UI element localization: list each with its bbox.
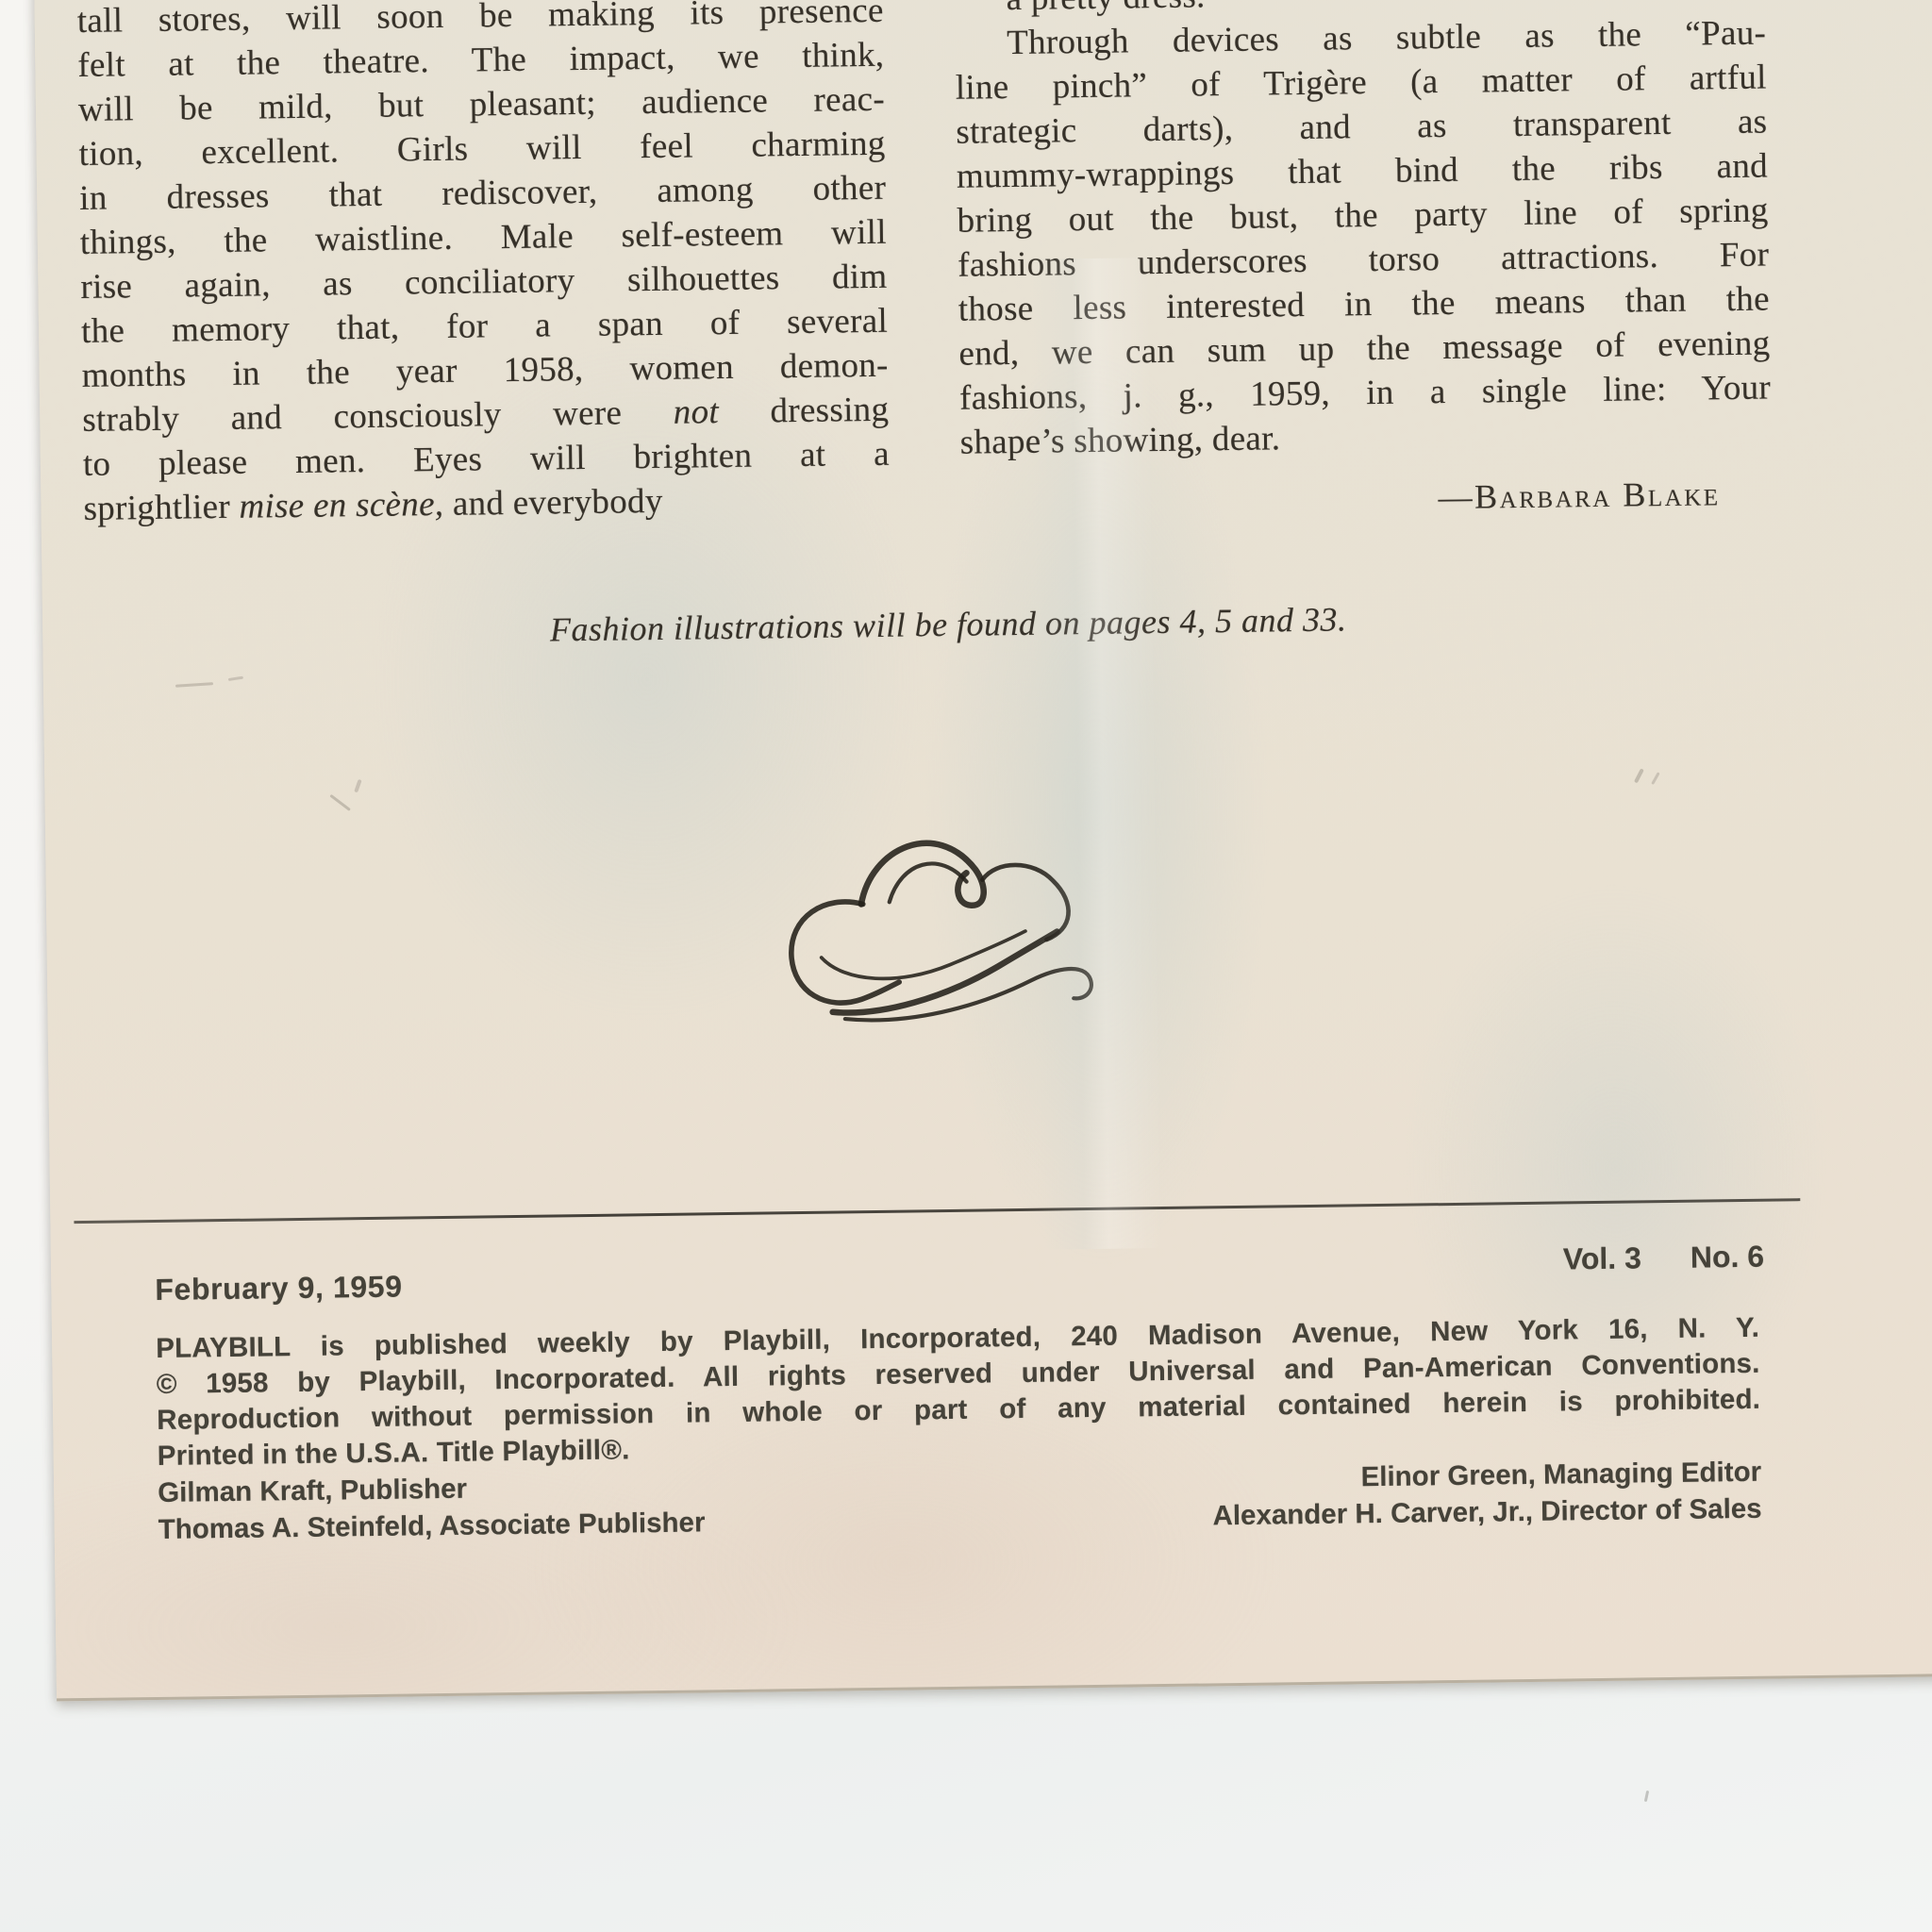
pencil-mark [175, 682, 213, 688]
pencil-mark [329, 794, 351, 811]
pencil-mark [1634, 768, 1644, 783]
photo-frame: tall stores, will soon be making its pre… [0, 0, 1932, 1932]
volume-number: Vol. 3No. 6 [155, 1240, 1764, 1295]
pencil-mark [354, 779, 361, 793]
sales-director-credit: Alexander H. Carver, Jr., Director of Sa… [1212, 1491, 1762, 1535]
pencil-mark [228, 676, 243, 681]
playbill-page: tall stores, will soon be making its pre… [34, 0, 1932, 1701]
copyright-block: PLAYBILL is published weekly by Playbill… [156, 1310, 1761, 1474]
article-column-left: tall stores, will soon be making its pre… [76, 0, 890, 531]
masthead-divider-rule [74, 1198, 1800, 1224]
background-speck [1644, 1790, 1649, 1802]
cloud-flourish-icon [732, 812, 1172, 1082]
publisher-credits: Gilman Kraft, Publisher Thomas A. Steinf… [158, 1467, 706, 1548]
fashion-illustrations-note: Fashion illustrations will be found on p… [354, 597, 1542, 652]
pencil-mark [1651, 772, 1659, 785]
volume-label: Vol. 3 [1563, 1241, 1641, 1275]
author-byline: —Barbara Blake [960, 471, 1773, 525]
associate-publisher-credit: Thomas A. Steinfeld, Associate Publisher [158, 1504, 705, 1548]
issue-label: No. 6 [1690, 1240, 1765, 1274]
volume-gap [1641, 1268, 1690, 1269]
article-line: shape’s showing, dear. [959, 409, 1772, 464]
article-line: sprightlier mise en scène, and everybody [83, 476, 891, 531]
article-column-right: a pretty dress. Through devices as subtl… [954, 0, 1773, 526]
editor-credits: Elinor Green, Managing Editor Alexander … [1212, 1454, 1762, 1535]
